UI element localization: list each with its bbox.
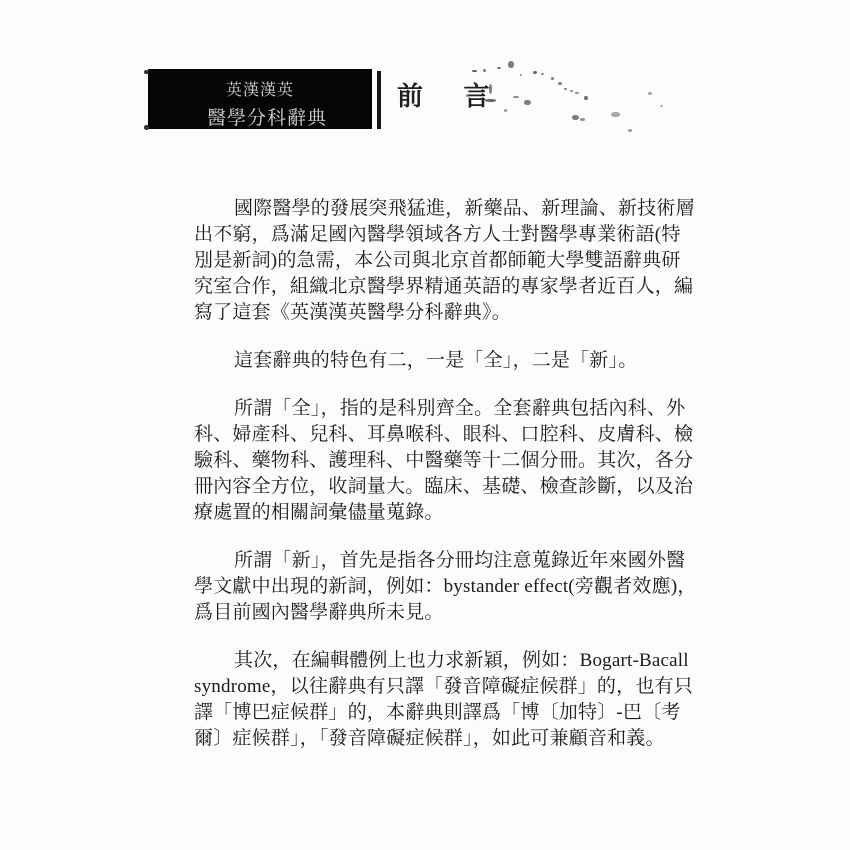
text-line: 爾〕症候群」，「發音障礙症候群」，如此可兼顧音和義。 xyxy=(194,726,660,752)
scan-speck xyxy=(541,73,544,75)
scan-speck xyxy=(580,118,585,121)
scan-speck xyxy=(558,82,562,85)
scan-speck xyxy=(508,61,514,68)
paragraph-5: 其次，在編輯體例上也力求新穎，例如：Bogart-Bacallsyndrome，… xyxy=(194,648,660,752)
text-line: 出不窮，爲滿足國內醫學領域各方人士對醫學專業術語(特 xyxy=(194,222,660,248)
text-line: 學文獻中出現的新詞，例如：bystander effect(旁觀者效應)， xyxy=(194,574,660,600)
scan-speck xyxy=(504,109,507,112)
scan-speck xyxy=(497,67,501,69)
scan-speck xyxy=(584,96,588,100)
text-line: 別是新詞)的急需，本公司與北京首都師範大學雙語辭典研 xyxy=(194,248,660,274)
preface-body: 國際醫學的發展突飛猛進，新藥品、新理論、新技術層出不窮，爲滿足國內醫學領域各方人… xyxy=(194,196,660,774)
text-line: 究室合作，組織北京醫學界精通英語的專家學者近百人，編 xyxy=(194,274,660,300)
text-line: 譯「博巴症候群」的，本辭典則譯爲「博〔加特〕-巴〔考 xyxy=(194,700,660,726)
scan-speck xyxy=(483,69,486,72)
scan-speck xyxy=(472,70,477,72)
text-line: 科、婦產科、兒科、耳鼻喉科、眼科、口腔科、皮膚科、檢 xyxy=(194,422,660,448)
title-divider xyxy=(377,71,381,129)
scan-speck xyxy=(564,88,567,90)
paragraph-2: 這套辭典的特色有二，一是「全」，二是「新」。 xyxy=(194,348,660,374)
scanned-book-page: 英漢漢英 醫學分科辭典 前 言 國際醫學的發展突飛猛進，新藥品、新理論、新技術層… xyxy=(0,0,850,850)
text-line: syndrome，以往辭典有只譯「發音障礙症候群」的，也有只 xyxy=(194,674,660,700)
text-line: 驗科、藥物科、護理科、中醫藥等十二個分冊。其次，各分 xyxy=(194,448,660,474)
scan-speck xyxy=(648,92,652,95)
scan-speck xyxy=(551,77,554,80)
scan-speck xyxy=(575,92,579,94)
scan-speck xyxy=(620,285,623,287)
scan-speck xyxy=(144,70,149,74)
text-line: 爲目前國內醫學辭典所未見。 xyxy=(194,600,660,626)
scan-speck xyxy=(489,84,492,94)
paragraph-1: 國際醫學的發展突飛猛進，新藥品、新理論、新技術層出不窮，爲滿足國內醫學領域各方人… xyxy=(194,196,660,326)
scan-speck xyxy=(570,90,573,92)
scan-speck xyxy=(572,115,579,120)
scan-speck xyxy=(513,96,519,98)
scan-speck xyxy=(204,265,207,268)
scan-speck xyxy=(144,125,149,130)
text-line: 其次，在編輯體例上也力求新穎，例如：Bogart-Bacall xyxy=(194,648,660,674)
text-line: 這套辭典的特色有二，一是「全」，二是「新」。 xyxy=(194,348,660,374)
scan-speck xyxy=(660,105,663,107)
text-line: 冊內容全方位，收詞量大。臨床、基礎、檢查診斷，以及治 xyxy=(194,474,660,500)
scan-speck xyxy=(485,99,496,102)
paragraph-4: 所謂「新」，首先是指各分冊均注意蒐錄近年來國外醫學文獻中出現的新詞，例如：bys… xyxy=(194,548,660,626)
scan-speck xyxy=(628,129,632,132)
text-line: 國際醫學的發展突飛猛進，新藥品、新理論、新技術層 xyxy=(194,196,660,222)
text-line: 所謂「全」，指的是科別齊全。全套辭典包括內科、外 xyxy=(194,396,660,422)
scan-speck xyxy=(466,94,469,97)
text-line: 所謂「新」，首先是指各分冊均注意蒐錄近年來國外醫 xyxy=(194,548,660,574)
paragraph-3: 所謂「全」，指的是科別齊全。全套辭典包括內科、外科、婦產科、兒科、耳鼻喉科、眼科… xyxy=(194,396,660,526)
text-line: 寫了這套《英漢漢英醫學分科辭典》。 xyxy=(194,300,660,326)
book-title-line2: 醫學分科辭典 xyxy=(162,103,372,129)
scan-speck xyxy=(524,100,531,105)
scan-speck xyxy=(520,74,522,76)
book-title-box: 英漢漢英 醫學分科辭典 xyxy=(148,69,372,129)
text-line: 療處置的相關詞彙儘量蒐錄。 xyxy=(194,500,660,526)
scan-speck xyxy=(611,112,620,117)
book-title-line1: 英漢漢英 xyxy=(148,77,372,100)
scan-speck xyxy=(533,71,537,74)
